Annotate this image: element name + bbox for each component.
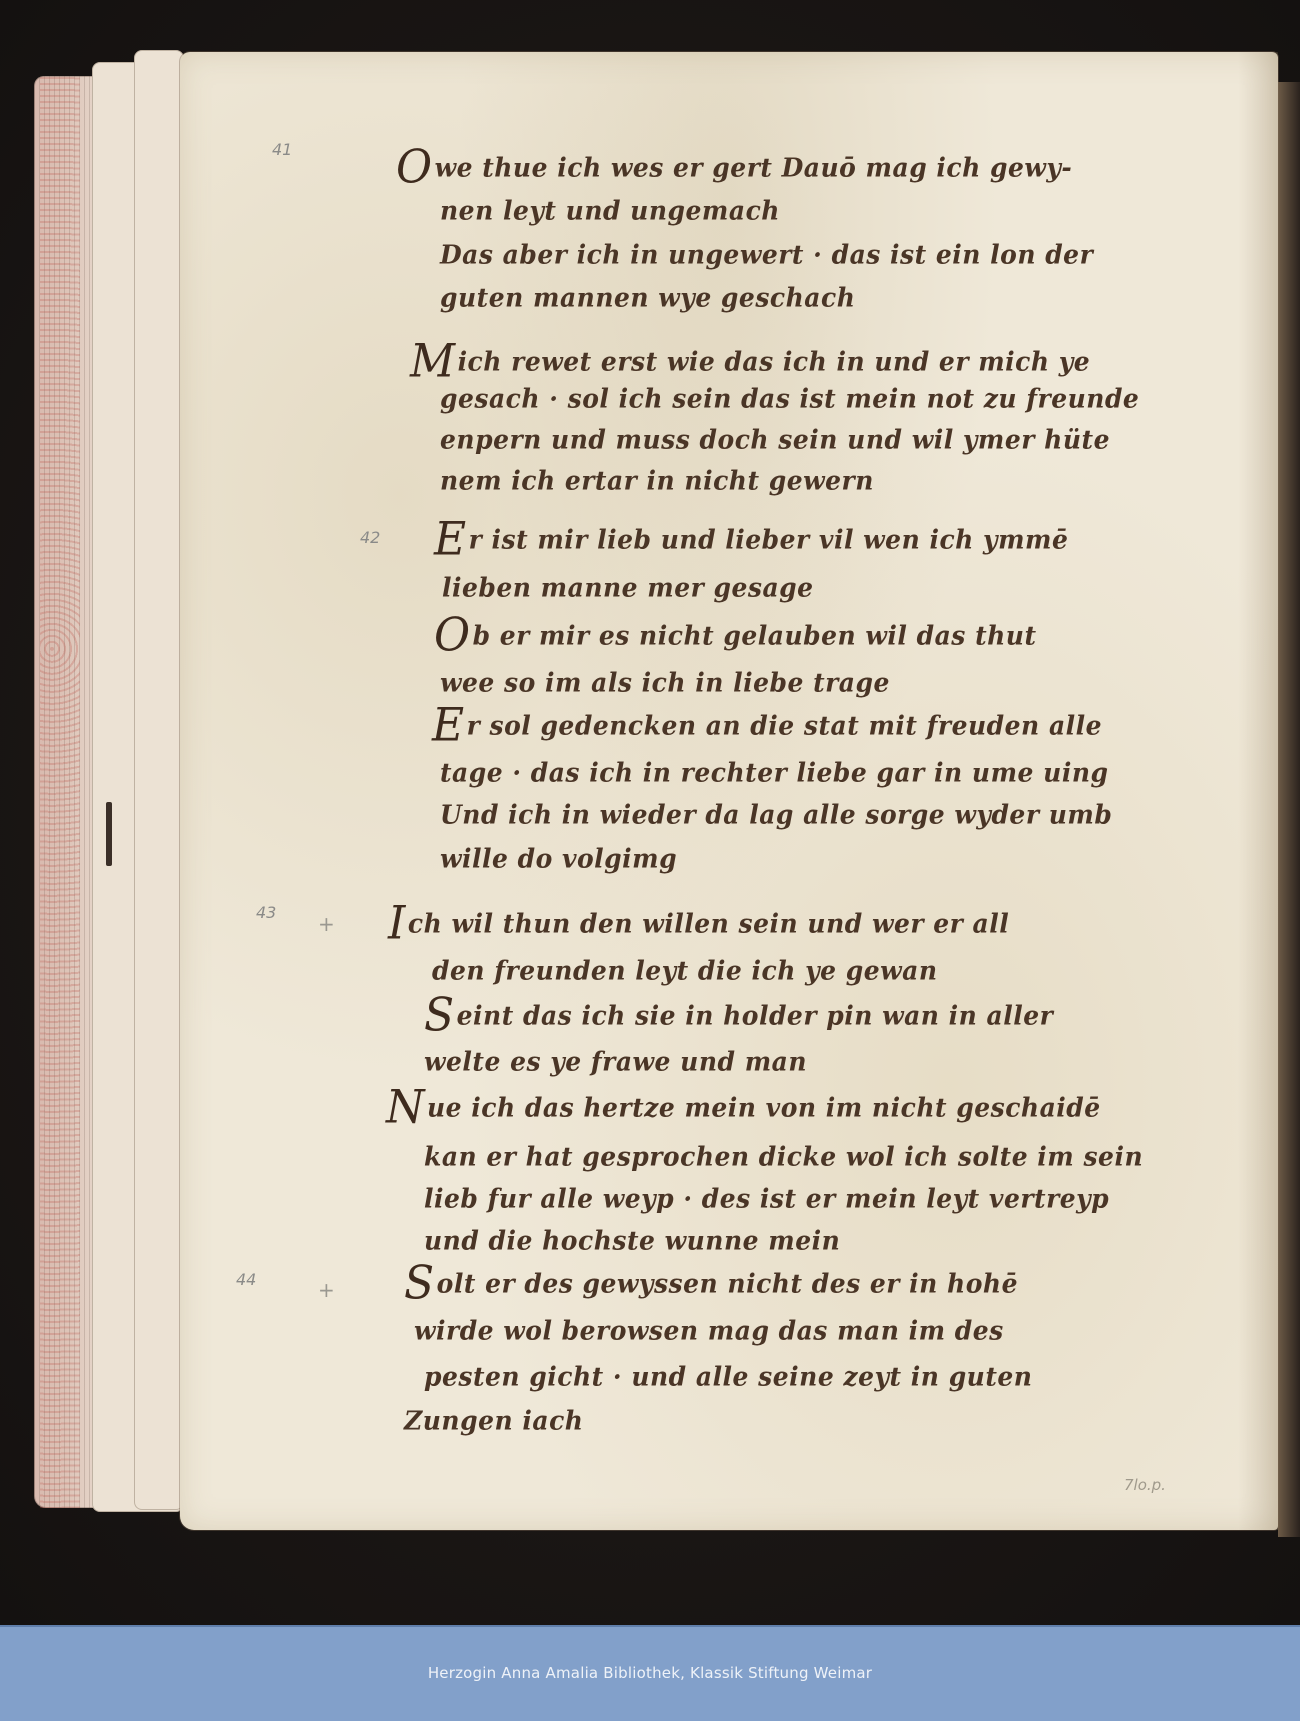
page-stack-fore-edge — [34, 76, 184, 1508]
decorated-initial: I — [388, 897, 406, 951]
manuscript-line: Mich rewet erst wie das ich in und er mi… — [410, 335, 1090, 389]
manuscript-line: gesach · sol ich sein das ist mein not z… — [440, 383, 1139, 413]
footer-bar: Herzogin Anna Amalia Bibliothek, Klassik… — [0, 1625, 1300, 1721]
marginal-cross-mark: + — [318, 912, 335, 936]
manuscript-line: Zungen iach — [404, 1405, 583, 1435]
manuscript-line: nem ich ertar in nicht gewern — [440, 465, 874, 495]
page-stack-layer — [134, 50, 184, 1510]
manuscript-line: enpern und muss doch sein und wil ymer h… — [440, 424, 1110, 454]
manuscript-line: nen leyt und ungemach — [440, 195, 780, 225]
manuscript-line: Solt er des gewyssen nicht des er in hoh… — [404, 1257, 1018, 1311]
decorated-initial: O — [396, 141, 433, 195]
marginal-cross-mark: + — [318, 1278, 335, 1302]
marginal-number: 41 — [272, 140, 292, 159]
manuscript-line: Owe thue ich wes er gert Dauō mag ich ge… — [396, 141, 1072, 195]
manuscript-line: Er ist mir lieb und lieber vil wen ich y… — [434, 513, 1068, 567]
decorated-initial: E — [434, 513, 467, 567]
decorated-initial: N — [386, 1081, 425, 1135]
manuscript-viewer: 41 42 43 + 44 + Owe thue ich wes er gert… — [0, 0, 1300, 1625]
marginal-number: 42 — [360, 528, 380, 547]
manuscript-line: kan er hat gesprochen dicke wol ich solt… — [424, 1141, 1143, 1171]
manuscript-line: Nue ich das hertze mein von im nicht ges… — [386, 1081, 1101, 1135]
decorated-initial: M — [410, 335, 456, 389]
manuscript-line: den freunden leyt die ich ye gewan — [432, 955, 938, 985]
manuscript-line: Das aber ich in ungewert · das ist ein l… — [440, 239, 1093, 269]
manuscript-line: pesten gicht · und alle seine zeyt in gu… — [424, 1361, 1032, 1391]
manuscript-line: Ich wil thun den willen sein und wer er … — [388, 897, 1009, 951]
manuscript-line: lieben manne mer gesage — [442, 572, 814, 602]
decorated-initial: S — [424, 989, 455, 1043]
manuscript-line: Seint das ich sie in holder pin wan in a… — [424, 989, 1053, 1043]
manuscript-line: Und ich in wieder da lag alle sorge wyde… — [440, 799, 1112, 829]
manuscript-line: wee so im als ich in liebe trage — [440, 667, 890, 697]
book-gutter — [1278, 82, 1300, 1537]
decorated-initial: O — [434, 609, 471, 663]
manuscript-line: und die hochste wunne mein — [424, 1225, 840, 1255]
manuscript-line: Er sol gedencken an die stat mit freuden… — [432, 699, 1102, 753]
manuscript-line: Ob er mir es nicht gelauben wil das thut — [434, 609, 1037, 663]
manuscript-line: welte es ye frawe und man — [424, 1046, 807, 1076]
marginal-number: 43 — [256, 903, 276, 922]
pencil-note: 7lo.p. — [1124, 1476, 1166, 1494]
bookmark-clip — [106, 802, 112, 866]
marginal-number: 44 — [236, 1270, 256, 1289]
footer-credit: Herzogin Anna Amalia Bibliothek, Klassik… — [0, 1664, 1300, 1682]
manuscript-line: tage · das ich in rechter liebe gar in u… — [440, 757, 1108, 787]
decorated-initial: S — [404, 1257, 435, 1311]
decorated-initial: E — [432, 699, 465, 753]
manuscript-line: wirde wol berowsen mag das man im des — [414, 1315, 1004, 1345]
manuscript-line: guten mannen wye geschach — [440, 282, 855, 312]
manuscript-line: lieb fur alle weyp · des ist er mein ley… — [424, 1183, 1109, 1213]
manuscript-line: wille do volgimg — [440, 843, 677, 873]
